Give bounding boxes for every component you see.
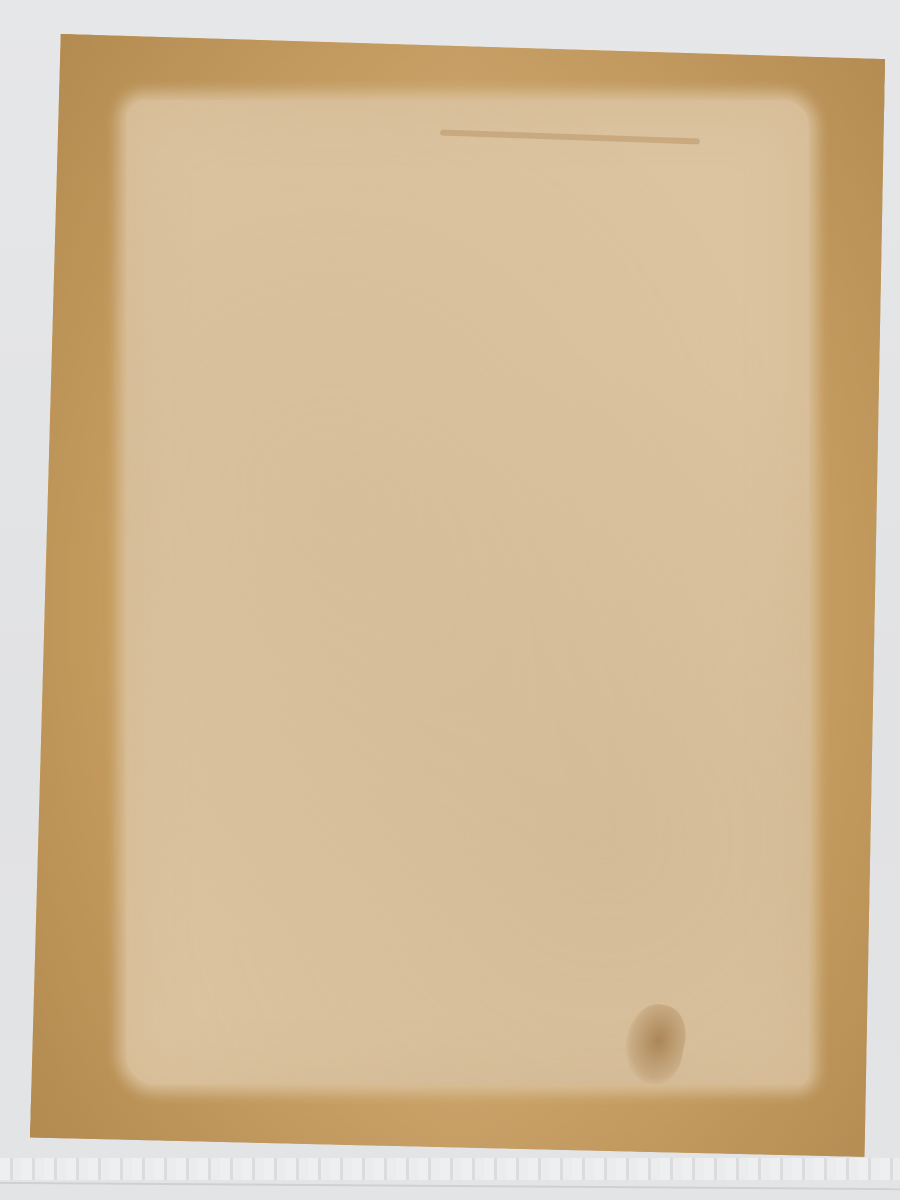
card-center-panel <box>126 100 809 1085</box>
vintage-card <box>30 34 885 1174</box>
sleeve-perforation-strip <box>0 1158 900 1180</box>
